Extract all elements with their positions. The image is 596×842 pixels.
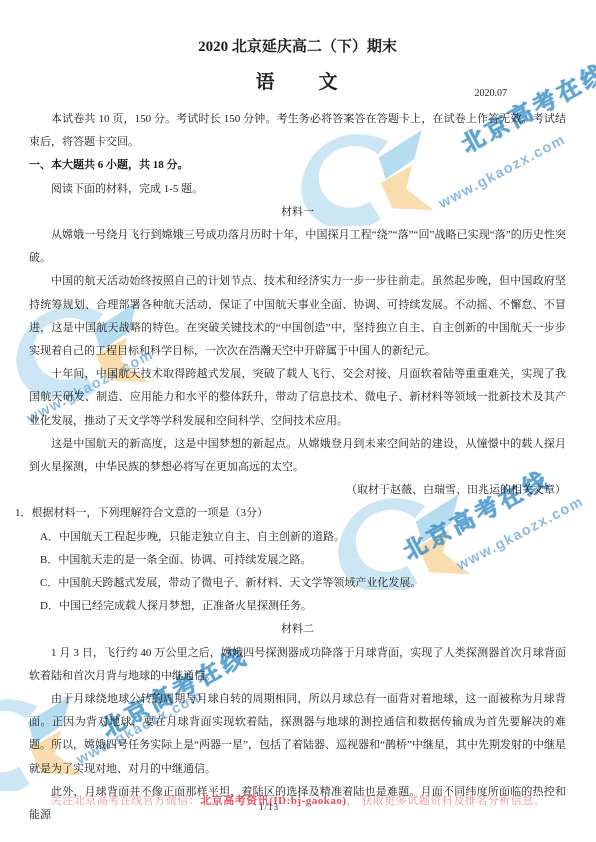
footer-suffix: ， 获取更多试题资料及排名分析信息。 xyxy=(347,795,546,807)
material-one-paragraph: 从嫦娥一号绕月飞行到嫦娥三号成功落月历时十年，中国探月工程“绕”“落”“回”战略… xyxy=(29,224,566,270)
question-1-option-b: B．中国航天走的是一条全面、协调、可持续发展之路。 xyxy=(40,549,566,572)
material-two-paragraph: 1 月 3 日，飞行约 40 万公里之后，嫦娥四号探测器成功降落于月球背面，实现… xyxy=(29,642,566,688)
material-two-title: 材料二 xyxy=(29,618,566,641)
question-1-option-a: A．中国航天工程起步晚，只能走独立自主、自主创新的道路。 xyxy=(40,526,566,549)
material-one-paragraph: 这是中国航天的新高度，这是中国梦想的新起点。从嫦娥登月到未来空间站的建设，从憧憬… xyxy=(29,433,566,479)
exam-title: 2020 北京延庆高二（下）期末 xyxy=(29,36,566,58)
question-1-option-d: D．中国已经完成载人探月梦想，正准备火星探测任务。 xyxy=(40,595,566,618)
material-one-paragraph: 十年间，中国航天技术取得跨越式发展，突破了载人飞行、交会对接、月面软着陆等重重难… xyxy=(29,363,566,433)
material-one-attribution: （取材于赵薇、白瑞雪、田兆运的相关文章） xyxy=(29,479,566,502)
exam-date: 2020.07 xyxy=(475,88,508,99)
question-1-stem: 1．根据材料一，下列理解符合文意的一项是（3分） xyxy=(15,502,566,525)
subject-title: 语 文 xyxy=(255,72,339,93)
footer-prefix: 关注北京高考在线官方微信： xyxy=(51,795,201,807)
exam-instructions: 本试卷共 10 页，150 分。考试时长 150 分钟。考生务必将答案答在答题卡… xyxy=(29,108,566,154)
section-one-heading: 一、本大题共 6 小题，共 18 分。 xyxy=(29,154,566,177)
footer-banner: 关注北京高考在线官方微信：北京高考资讯(ID:bj-gaokao)， 获取更多试… xyxy=(0,792,596,808)
subject-row: 语 文 2020.07 xyxy=(29,64,566,102)
question-1-option-c: C．中国航天跨越式发展，带动了微电子、新材料、天文学等领域产业化发展。 xyxy=(40,572,566,595)
material-one-title: 材料一 xyxy=(29,201,566,224)
reading-prompt: 阅读下面的材料，完成 1-5 题。 xyxy=(29,178,566,201)
document-body: 2020 北京延庆高二（下）期末 语 文 2020.07 本试卷共 10 页，1… xyxy=(29,36,566,827)
material-two-paragraph: 由于月球绕地球公转的周期与月球自转的周期相同，所以月球总有一面背对着地球，这一面… xyxy=(29,688,566,781)
page-number: 1/13 xyxy=(259,802,279,812)
exam-page: 北京高考在线 www.gkaozx.com www.gkaozx.com 北京高… xyxy=(0,0,596,842)
material-one-paragraph: 中国的航天活动始终按照自己的计划节点、技术和经济实力一步一步往前走。虽然起步晚，… xyxy=(29,270,566,363)
